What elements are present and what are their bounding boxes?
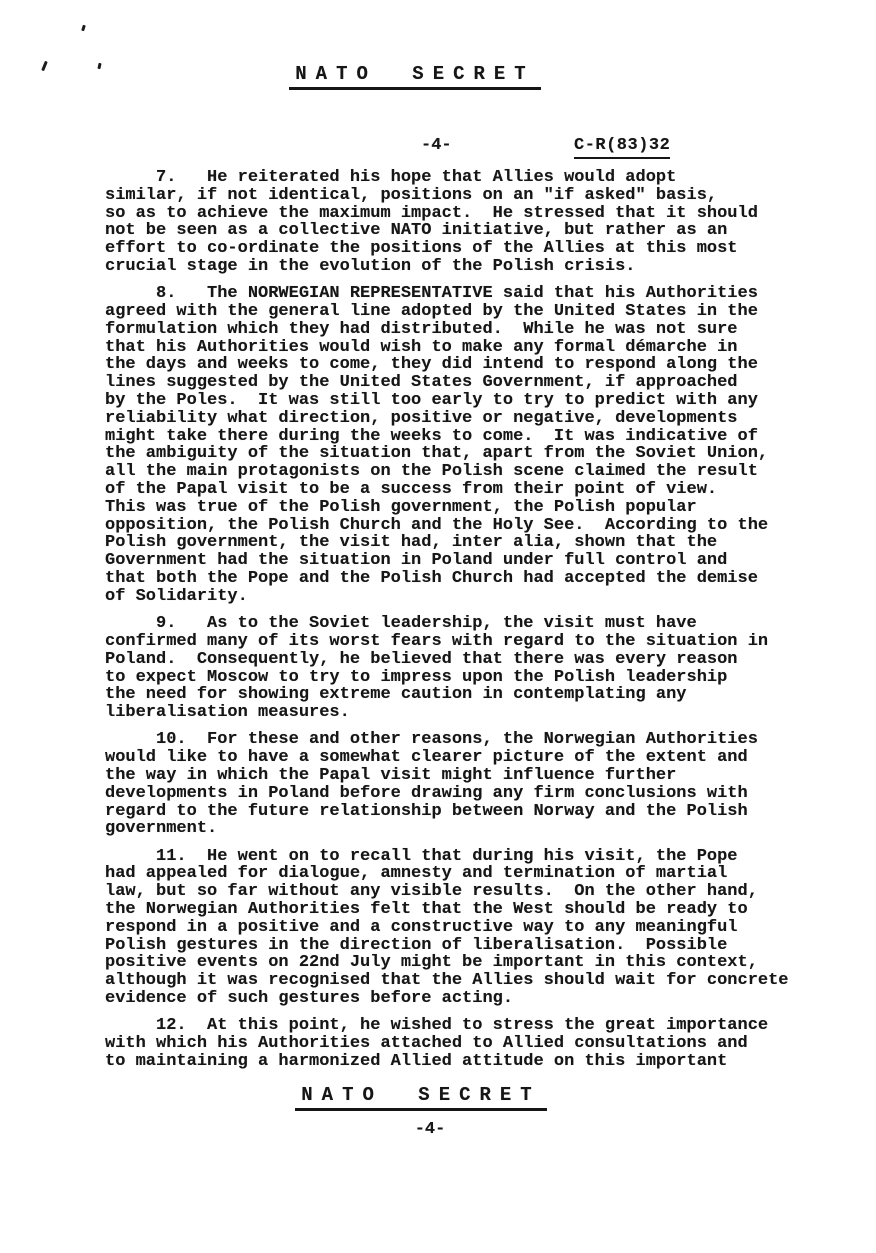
page-number-bottom: -4- [415,1120,446,1139]
paragraph-7: 7. He reiterated his hope that Allies wo… [105,169,805,276]
classification-header-text: NATO SECRET [289,63,540,90]
footer-page-number-row: -4- [0,1120,876,1139]
scanned-document-page: NATO SECRET -4- C-R(83)32 7. He reiterat… [0,0,876,1253]
document-reference: C-R(83)32 [574,136,670,159]
footer-classification-band: NATO SECRET [0,1084,876,1111]
scan-speck [81,25,86,32]
paragraph-12: 12. At this point, he wished to stress t… [105,1017,805,1070]
paragraph-11: 11. He went on to recall that during his… [105,848,805,1008]
paragraph-8: 8. The NORWEGIAN REPRESENTATIVE said tha… [105,285,805,605]
document-body: 7. He reiterated his hope that Allies wo… [105,169,805,1080]
paragraph-10: 10. For these and other reasons, the Nor… [105,731,805,838]
header-classification-band: NATO SECRET [0,63,876,90]
paragraph-9: 9. As to the Soviet leadership, the visi… [105,615,805,722]
page-number-top: -4- [421,136,452,155]
classification-footer-text: NATO SECRET [295,1084,546,1111]
